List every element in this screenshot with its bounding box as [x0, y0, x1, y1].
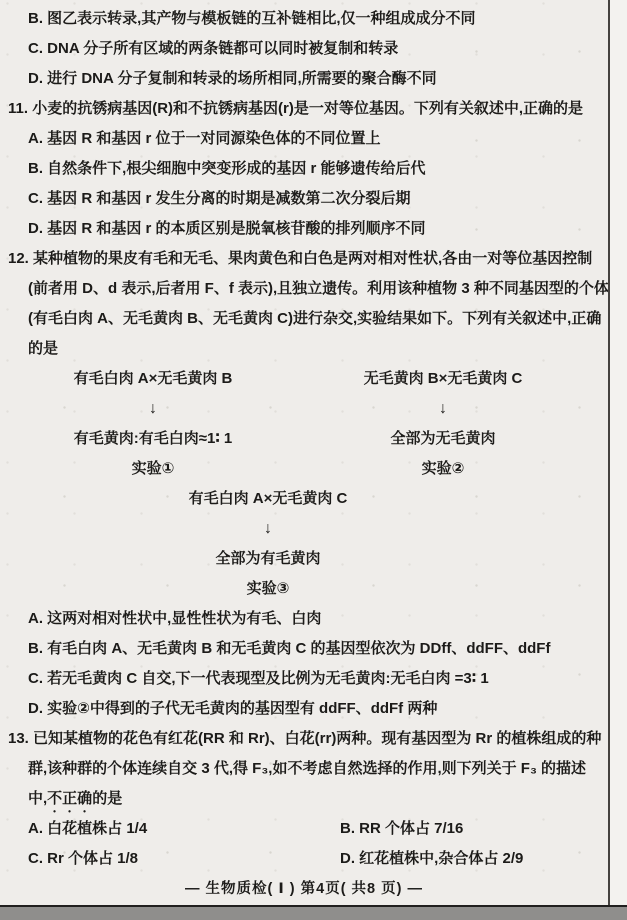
q13-stem-line3: 中,不正确的是 [8, 784, 600, 814]
q13-stem-line2: 群,该种群的个体连续自交 3 代,得 F₃,如不考虑自然选择的作用,则下列关于 … [8, 754, 600, 784]
scanned-exam-page: B. 图乙表示转录,其产物与模板链的互补链相比,仅一种组成成分不同 C. DNA… [0, 0, 627, 920]
q13-option-a: A. 白花植株占 1/4 [28, 814, 340, 844]
q11-option-b: B. 自然条件下,根尖细胞中突变形成的基因 r 能够遗传给后代 [8, 154, 600, 184]
experiment2-result: 全部为无毛黄肉 [298, 424, 588, 454]
experiment-result-row: 有毛黄肉:有毛白肉≈1∶ 1 全部为无毛黄肉 [8, 424, 600, 454]
q13-options-row1: A. 白花植株占 1/4 B. RR 个体占 7/16 [8, 814, 600, 844]
down-arrow-icon: ↓ [8, 514, 528, 544]
q12-option-d: D. 实验②中得到的子代无毛黄肉的基因型有 ddFF、ddFf 两种 [8, 694, 600, 724]
q13-stem-line1: 13. 已知某植物的花色有红花(RR 和 Rr)、白花(rr)两种。现有基因型为… [8, 724, 600, 754]
q12-option-c: C. 若无毛黄肉 C 自交,下一代表现型及比例为无毛黄肉:无毛白肉 =3∶ 1 [8, 664, 600, 694]
q12-stem-line3: (有毛白肉 A、无毛黄肉 B、无毛黄肉 C)进行杂交,实验结果如下。下列有关叙述… [8, 304, 600, 334]
q13-stem-line3-pre: 中, [28, 790, 47, 807]
q13-emphasized-word: 不正确 [47, 790, 92, 807]
q11-option-c: C. 基因 R 和基因 r 发生分离的时期是减数第二次分裂后期 [8, 184, 600, 214]
q13-option-c: C. Rr 个体占 1/8 [28, 844, 340, 874]
q12-stem-line2: (前者用 D、d 表示,后者用 F、f 表示),且独立遗传。利用该种植物 3 种… [8, 274, 600, 304]
q13-stem-line3-post: 的是 [92, 790, 122, 807]
q12-option-a: A. 这两对相对性状中,显性性状为有毛、白肉 [8, 604, 600, 634]
q13-options-row2: C. Rr 个体占 1/8 D. 红花植株中,杂合体占 2/9 [8, 844, 600, 874]
q12-option-b: B. 有毛白肉 A、无毛黄肉 B 和无毛黄肉 C 的基因型依次为 DDff、dd… [8, 634, 600, 664]
q11-option-d: D. 基因 R 和基因 r 的本质区别是脱氧核苷酸的排列顺序不同 [8, 214, 600, 244]
experiment1-label: 实验① [8, 454, 298, 484]
exam-text-block: B. 图乙表示转录,其产物与模板链的互补链相比,仅一种组成成分不同 C. DNA… [8, 4, 600, 904]
page-right-edge-line [608, 0, 610, 905]
q12-stem-line4: 的是 [8, 334, 600, 364]
experiment3-result: 全部为有毛黄肉 [8, 544, 528, 574]
q12-stem-line1: 12. 某种植物的果皮有毛和无毛、果肉黄色和白色是两对相对性状,各由一对等位基因… [8, 244, 600, 274]
q13-option-b: B. RR 个体占 7/16 [340, 814, 600, 844]
experiment3-cross: 有毛白肉 A×无毛黄肉 C [8, 484, 528, 514]
q10-option-d: D. 进行 DNA 分子复制和转录的场所相同,所需要的聚合酶不同 [8, 64, 600, 94]
scanner-bottom-bar [0, 905, 627, 920]
experiment-label-row: 实验① 实验② [8, 454, 600, 484]
experiment-arrow-row: ↓ ↓ [8, 394, 600, 424]
q11-option-a: A. 基因 R 和基因 r 位于一对同源染色体的不同位置上 [8, 124, 600, 154]
experiment2-label: 实验② [298, 454, 588, 484]
experiment2-cross: 无毛黄肉 B×无毛黄肉 C [298, 364, 588, 394]
experiment3-label: 实验③ [8, 574, 528, 604]
page-footer: — 生物质检( Ⅰ ) 第4页( 共8 页) — [8, 874, 600, 904]
q10-option-b: B. 图乙表示转录,其产物与模板链的互补链相比,仅一种组成成分不同 [8, 4, 600, 34]
experiment1-result: 有毛黄肉:有毛白肉≈1∶ 1 [8, 424, 298, 454]
down-arrow-icon: ↓ [298, 394, 588, 424]
experiment1-cross: 有毛白肉 A×无毛黄肉 B [8, 364, 298, 394]
scan-right-margin [610, 0, 627, 905]
q11-stem: 11. 小麦的抗锈病基因(R)和不抗锈病基因(r)是一对等位基因。下列有关叙述中… [8, 94, 600, 124]
q13-option-d: D. 红花植株中,杂合体占 2/9 [340, 844, 600, 874]
down-arrow-icon: ↓ [8, 394, 298, 424]
experiment-cross-row: 有毛白肉 A×无毛黄肉 B 无毛黄肉 B×无毛黄肉 C [8, 364, 600, 394]
q10-option-c: C. DNA 分子所有区域的两条链都可以同时被复制和转录 [8, 34, 600, 64]
